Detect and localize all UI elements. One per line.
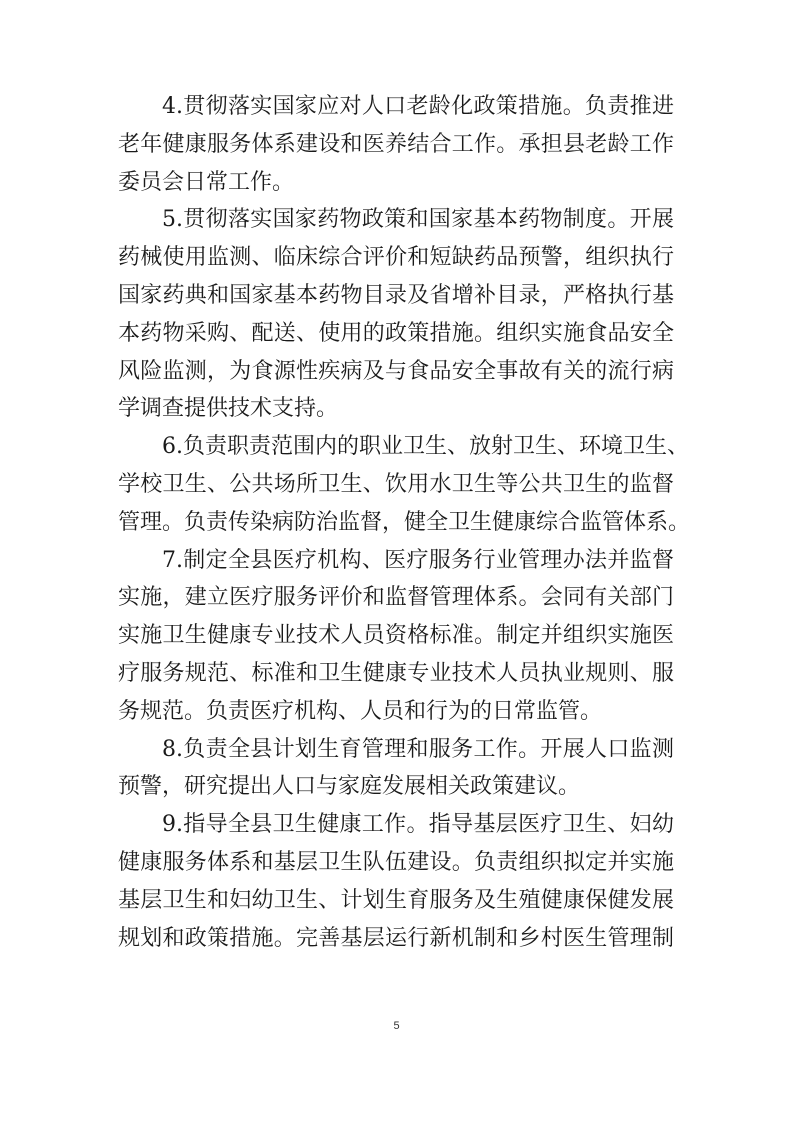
text-line: 委员会日常工作。 [118, 164, 674, 202]
text-line: 学校卫生、公共场所卫生、饮用水卫生等公共卫生的监督 [118, 466, 674, 504]
text-line: 老年健康服务体系建设和医养结合工作。承担县老龄工作 [118, 126, 674, 164]
text-line: 规划和政策措施。完善基层运行新机制和乡村医生管理制 [118, 920, 674, 958]
text-line: 实施卫生健康专业技术人员资格标准。制定并组织实施医 [118, 617, 674, 655]
text-line: 务规范。负责医疗机构、人员和行为的日常监管。 [118, 693, 674, 731]
text-line: 本药物采购、配送、使用的政策措施。组织实施食品安全 [118, 315, 674, 353]
text-line: 管理。负责传染病防治监督，健全卫生健康综合监管体系。 [118, 504, 674, 542]
paragraph-item-7: 7.制定全县医疗机构、医疗服务行业管理办法并监督 实施，建立医疗服务评价和监督管… [118, 542, 674, 731]
text-line: 9.指导全县卫生健康工作。指导基层医疗卫生、妇幼 [118, 806, 674, 844]
paragraph-item-5: 5.贯彻落实国家药物政策和国家基本药物制度。开展 药械使用监测、临床综合评价和短… [118, 201, 674, 428]
paragraph-item-4: 4.贯彻落实国家应对人口老龄化政策措施。负责推进 老年健康服务体系建设和医养结合… [118, 88, 674, 201]
text-line: 药械使用监测、临床综合评价和短缺药品预警，组织执行 [118, 239, 674, 277]
text-line: 6.负责职责范围内的职业卫生、放射卫生、环境卫生、 [118, 428, 674, 466]
paragraph-item-9: 9.指导全县卫生健康工作。指导基层医疗卫生、妇幼 健康服务体系和基层卫生队伍建设… [118, 806, 674, 957]
text-line: 8.负责全县计划生育管理和服务工作。开展人口监测 [118, 731, 674, 769]
text-line: 实施，建立医疗服务评价和监督管理体系。会同有关部门 [118, 579, 674, 617]
text-line: 4.贯彻落实国家应对人口老龄化政策措施。负责推进 [118, 88, 674, 126]
paragraph-item-8: 8.负责全县计划生育管理和服务工作。开展人口监测 预警，研究提出人口与家庭发展相… [118, 731, 674, 807]
page-number: 5 [0, 1020, 793, 1032]
text-line: 国家药典和国家基本药物目录及省增补目录，严格执行基 [118, 277, 674, 315]
text-line: 学调查提供技术支持。 [118, 390, 674, 428]
text-line: 7.制定全县医疗机构、医疗服务行业管理办法并监督 [118, 542, 674, 580]
text-line: 5.贯彻落实国家药物政策和国家基本药物制度。开展 [118, 201, 674, 239]
text-line: 风险监测，为食源性疾病及与食品安全事故有关的流行病 [118, 353, 674, 391]
paragraph-item-6: 6.负责职责范围内的职业卫生、放射卫生、环境卫生、 学校卫生、公共场所卫生、饮用… [118, 428, 674, 541]
text-line: 健康服务体系和基层卫生队伍建设。负责组织拟定并实施 [118, 844, 674, 882]
text-line: 预警，研究提出人口与家庭发展相关政策建议。 [118, 768, 674, 806]
text-line: 疗服务规范、标准和卫生健康专业技术人员执业规则、服 [118, 655, 674, 693]
text-line: 基层卫生和妇幼卫生、计划生育服务及生殖健康保健发展 [118, 882, 674, 920]
document-body: 4.贯彻落实国家应对人口老龄化政策措施。负责推进 老年健康服务体系建设和医养结合… [118, 88, 674, 957]
